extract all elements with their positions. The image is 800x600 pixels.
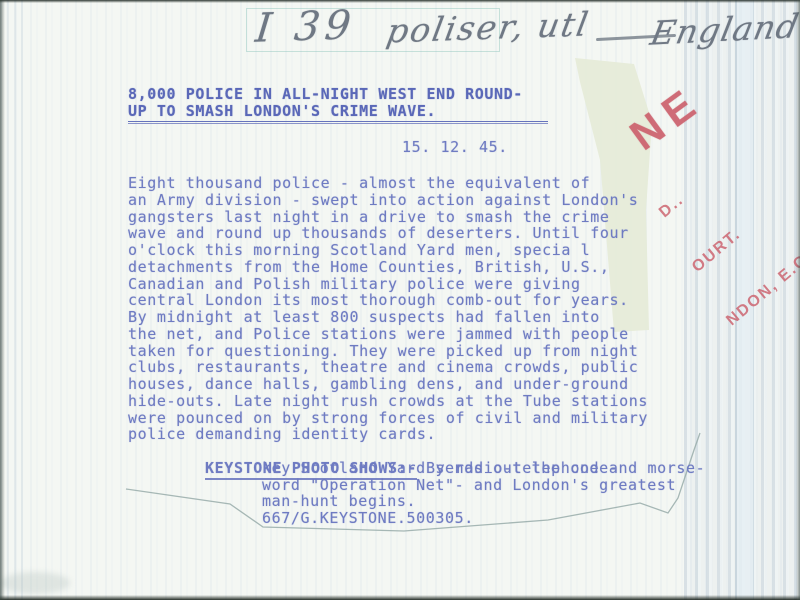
typed-line: By midnight at least 800 suspects had fa… [128, 309, 688, 326]
typed-line: clubs, restaurants, theatre and cinema c… [128, 359, 688, 376]
credit-line: 667/G.KEYSTONE.500305. [262, 510, 688, 527]
typed-line: gangsters last night in a drive to smash… [128, 209, 688, 226]
typed-line: central London its most thorough comb-ou… [128, 292, 688, 309]
typed-line: wave and round up thousands of deserters… [128, 225, 688, 242]
handwritten-country: England [647, 6, 800, 53]
typed-line: Eight thousand police - almost the equiv… [128, 175, 688, 192]
typed-line: were pounced on by strong forces of civi… [128, 410, 688, 427]
headline: 8,000 POLICE IN ALL-NIGHT WEST END ROUND… [128, 86, 688, 120]
caption-line-1: KEYSTONE PHOTO SHOWS:-By radio-telephone… [128, 443, 688, 460]
typed-line: taken for questioning. They were picked … [128, 343, 688, 360]
typed-line: an Army division - swept into action aga… [128, 192, 688, 209]
paper-smudge [0, 572, 70, 594]
typed-line: o'clock this morning Scotland Yard men, … [128, 242, 688, 259]
headline-line-2: UP TO SMASH LONDON'S CRIME WAVE. [128, 103, 688, 120]
typed-line: Canadian and Polish military police were… [128, 276, 688, 293]
typed-line: detachments from the Home Counties, Brit… [128, 259, 688, 276]
typed-line: the net, and Police stations were jammed… [128, 326, 688, 343]
typed-caption: 8,000 POLICE IN ALL-NIGHT WEST END ROUND… [128, 86, 688, 527]
caption-line-4: man-hunt begins. [262, 493, 688, 510]
body-text: Eight thousand police - almost the equiv… [128, 175, 688, 527]
scan-stripes-left-band [0, 0, 28, 600]
typed-line: hide-outs. Late night rush crowds at the… [128, 393, 688, 410]
headline-underline [128, 121, 548, 125]
typed-line: police demanding identity cards. [128, 426, 688, 443]
photo-back-scan: NE D.. OURT. NDON, E.C.4 I 39 poliser, u… [0, 0, 800, 600]
scan-stripe-highlight [735, 0, 754, 600]
scan-edge-bottom [0, 595, 800, 600]
date-line: 15. 12. 45. [402, 139, 688, 156]
handwritten-subject: poliser, utl [384, 5, 593, 51]
caption-line-3: word "Operation Net"- and London's great… [262, 477, 688, 494]
scan-edge-top [0, 0, 800, 3]
handwritten-index-code: I 39 [253, 2, 358, 51]
headline-line-1: 8,000 POLICE IN ALL-NIGHT WEST END ROUND… [128, 86, 688, 103]
typed-line: houses, dance halls, gambling dens, and … [128, 376, 688, 393]
